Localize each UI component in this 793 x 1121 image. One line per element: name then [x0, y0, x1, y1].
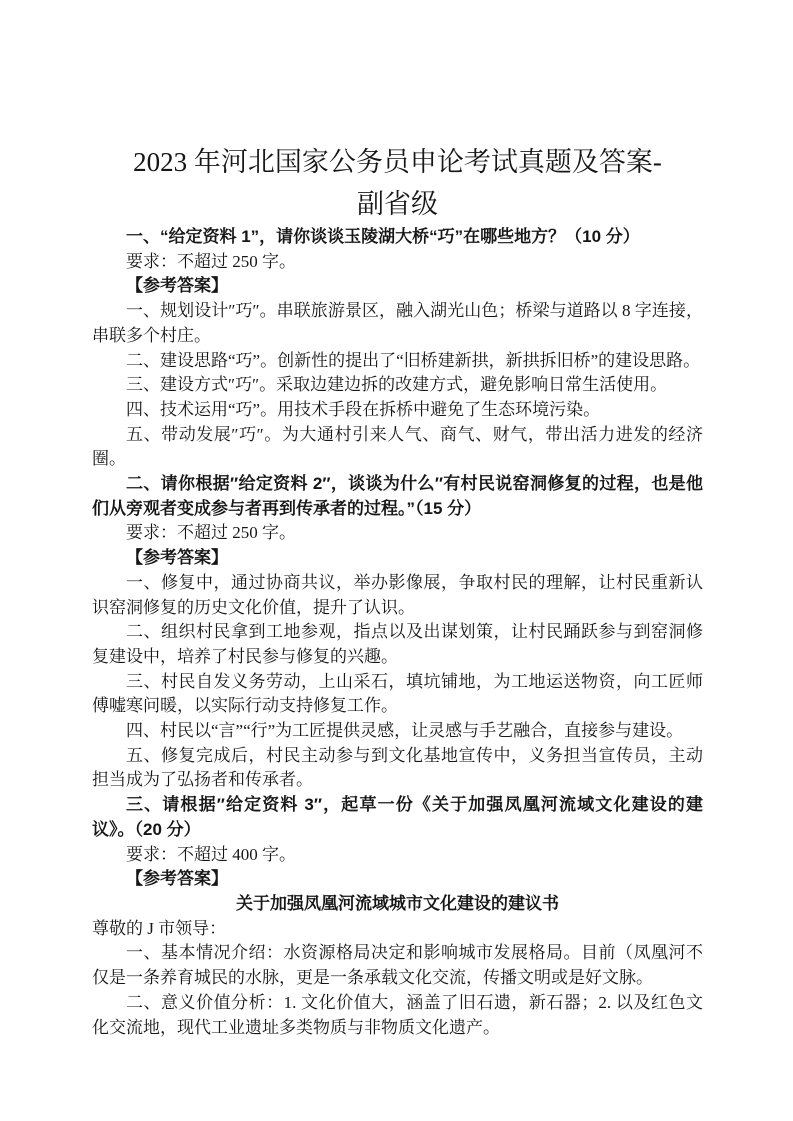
question-2-heading: 二、请你根据″给定资料 2″，谈谈为什么″有村民说窑洞修复的过程，也是他们从旁观…: [92, 472, 703, 521]
question-1-heading: 一、“给定资料 1”，请你谈谈玉陵湖大桥“巧”在哪些地方？（10 分）: [92, 225, 703, 250]
proposal-letter-salutation: 尊敬的 J 市领导：: [92, 917, 703, 942]
document-title-line-2: 副省级: [92, 183, 703, 225]
question-1-answer-item-3: 三、建设方式″巧″。采取边建边拆的改建方式，避免影响日常生活使用。: [92, 373, 703, 398]
question-2-answer-item-1: 一、修复中，通过协商共议，举办影像展，争取村民的理解，让村民重新认识窑洞修复的历…: [92, 571, 703, 620]
question-1-answer-label: 【参考答案】: [92, 274, 703, 299]
question-3-answer-label: 【参考答案】: [92, 867, 703, 892]
document-title: 2023 年河北国家公务员申论考试真题及答案- 副省级: [92, 141, 703, 225]
question-2-answer-item-3: 三、村民自发义务劳动，上山采石，填坑铺地，为工地运送物资，向工匠师傅嘘寒问暖，以…: [92, 670, 703, 719]
document-title-line-1: 2023 年河北国家公务员申论考试真题及答案-: [92, 141, 703, 183]
question-2-answer-item-2: 二、组织村民拿到工地参观，指点以及出谋划策，让村民踊跃参与到窑洞修复建设中，培养…: [92, 620, 703, 669]
question-3-heading: 三、请根据″给定资料 3″，起草一份《关于加强凤凰河流域文化建设的建议》。（20…: [92, 793, 703, 842]
question-2-answer-label: 【参考答案】: [92, 546, 703, 571]
question-1-answer-item-1: 一、规划设计″巧″。串联旅游景区，融入湖光山色；桥梁与道路以 8 字连接，串联多…: [92, 299, 703, 348]
question-1-answer-item-2: 二、建设思路“巧”。创新性的提出了“旧桥建新拱，新拱拆旧桥”的建设思路。: [92, 349, 703, 374]
question-2-requirement: 要求：不超过 250 字。: [92, 521, 703, 546]
proposal-letter-paragraph-2: 二、意义价值分析：1. 文化价值大，涵盖了旧石遗，新石器；2. 以及红色文化交流…: [92, 991, 703, 1040]
question-1-answer-item-4: 四、技术运用“巧”。用技术手段在拆桥中避免了生态环境污染。: [92, 398, 703, 423]
proposal-letter-title: 关于加强凤凰河流域城市文化建设的建议书: [92, 892, 703, 917]
document-page: 2023 年河北国家公务员申论考试真题及答案- 副省级 一、“给定资料 1”，请…: [0, 0, 793, 1121]
proposal-letter-paragraph-1: 一、基本情况介绍：水资源格局决定和影响城市发展格局。目前（凤凰河不仅是一条养育城…: [92, 941, 703, 990]
question-1-answer-item-5: 五、带动发展″巧″。为大通村引来人气、商气、财气，带出活力进发的经济圈。: [92, 423, 703, 472]
question-3-requirement: 要求：不超过 400 字。: [92, 843, 703, 868]
question-2-answer-item-4: 四、村民以“言”“行”为工匠提供灵感，让灵感与手艺融合，直接参与建设。: [92, 719, 703, 744]
question-2-answer-item-5: 五、修复完成后，村民主动参与到文化基地宣传中，义务担当宣传员，主动担当成为了弘扬…: [92, 744, 703, 793]
question-1-requirement: 要求：不超过 250 字。: [92, 250, 703, 275]
